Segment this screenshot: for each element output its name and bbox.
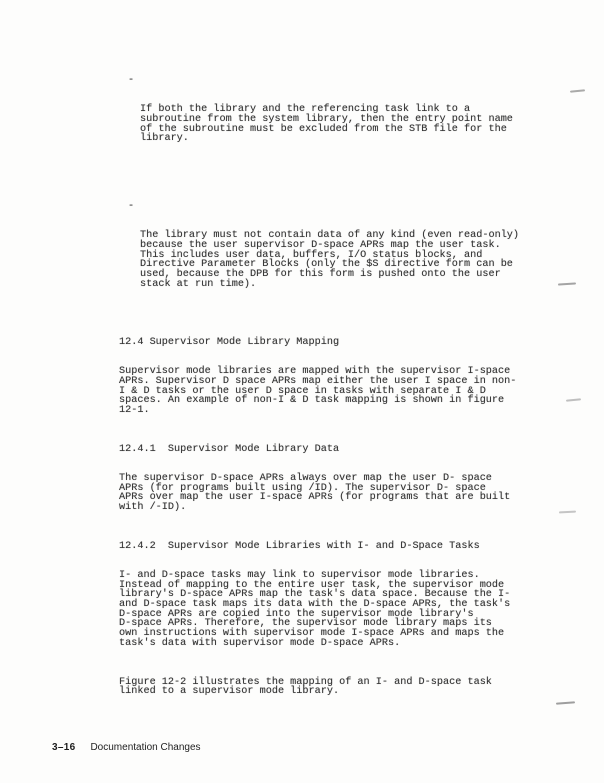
paragraph-12-4-1: The supervisor D-space APRs always over …: [119, 474, 523, 513]
bullet-text: The library must not contain data of any…: [140, 231, 523, 289]
paragraph-figure-reference: Figure 12-2 illustrates the mapping of a…: [119, 678, 523, 697]
page-footer: 3–16 Documentation Changes: [52, 742, 201, 753]
bullet-dash: -: [128, 76, 134, 86]
page-number: 3–16: [52, 742, 75, 753]
section-heading-12-4-2: 12.4.2 Supervisor Mode Libraries with I-…: [119, 542, 523, 552]
margin-change-mark-icon: [559, 511, 576, 514]
paragraph-12-4: Supervisor mode libraries are mapped wit…: [119, 367, 523, 416]
paragraph-12-4-2: I- and D-space tasks may link to supervi…: [119, 571, 523, 649]
bullet-text: If both the library and the referencing …: [140, 105, 523, 144]
section-heading-12-4-1: 12.4.1 Supervisor Mode Library Data: [119, 445, 523, 455]
document-body: - If both the library and the referencin…: [119, 47, 523, 726]
bullet-item: - If both the library and the referencin…: [119, 76, 523, 163]
bullet-dash: -: [128, 202, 134, 212]
section-heading-12-4: 12.4 Supervisor Mode Library Mapping: [119, 338, 523, 348]
margin-change-mark-icon: [556, 701, 575, 704]
scanned-document-page: - If both the library and the referencin…: [0, 0, 604, 783]
margin-change-mark-icon: [570, 89, 585, 92]
margin-change-mark-icon: [566, 398, 581, 402]
margin-change-mark-icon: [558, 282, 576, 285]
footer-section-title: Documentation Changes: [90, 742, 200, 753]
bullet-item: - The library must not contain data of a…: [119, 202, 523, 309]
